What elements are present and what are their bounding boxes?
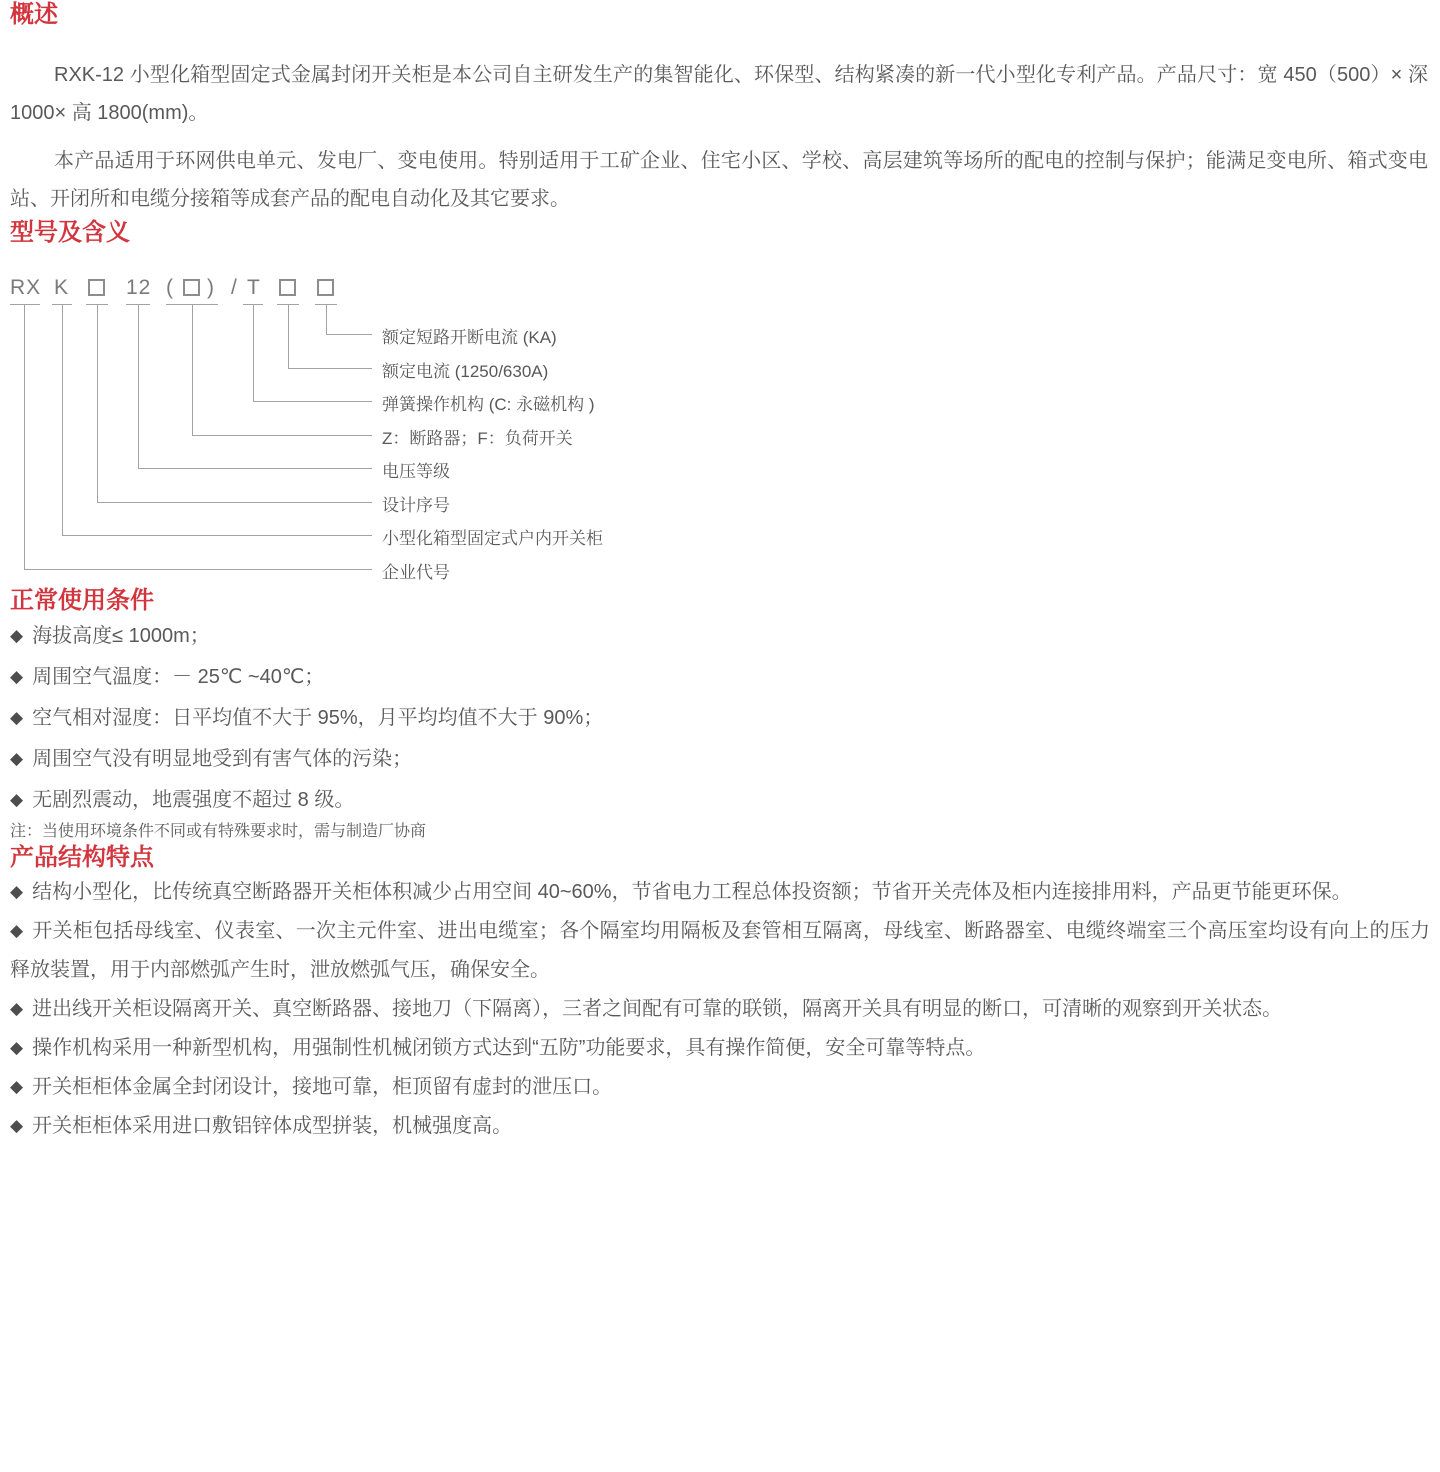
diamond-bullet-icon: ◆ — [10, 708, 23, 727]
connector-line — [62, 535, 372, 536]
connector-line — [192, 304, 193, 435]
diamond-bullet-icon: ◆ — [10, 667, 23, 686]
model-label-voltage-class: 电压等级 — [382, 457, 450, 482]
section-conditions: 正常使用条件 ◆海拔高度≤ 1000m； ◆周围空气温度：－ 25℃ ~40℃；… — [0, 586, 1440, 843]
feature-text: 结构小型化，比传统真空断路器开关柜体积减少占用空间 40~60%，节省电力工程总… — [32, 881, 1352, 903]
placeholder-box-3 — [279, 279, 296, 296]
feature-text: 开关柜柜体采用进口敷铝锌体成型拼装，机械强度高。 — [32, 1115, 512, 1137]
conditions-list: ◆海拔高度≤ 1000m； ◆周围空气温度：－ 25℃ ~40℃； ◆空气相对湿… — [0, 616, 1440, 821]
list-item: ◆操作机构采用一种新型机构，用强制性机械闭锁方式达到“五防”功能要求，具有操作简… — [10, 1029, 1430, 1068]
list-item: ◆空气相对湿度：日平均值不大于 95%，月平均均值不大于 90%； — [10, 698, 1430, 739]
features-heading: 产品结构特点 — [10, 843, 1440, 873]
connector-line — [62, 304, 63, 535]
connector-line — [288, 304, 289, 368]
connector-line — [97, 304, 98, 502]
section-model: 型号及含义 RX K 12 ( ) / T — [0, 218, 1440, 586]
condition-text: 空气相对湿度：日平均值不大于 95%，月平均均值不大于 90%； — [32, 707, 603, 729]
model-label-design-serial: 设计序号 — [382, 491, 450, 516]
condition-text: 无剧烈震动，地震强度不超过 8 级。 — [32, 789, 354, 811]
connector-line — [24, 569, 372, 570]
connector-line — [138, 304, 139, 468]
connector-line — [253, 401, 372, 402]
code-token-close-paren: ) — [207, 276, 215, 300]
list-item: ◆无剧烈震动，地震强度不超过 8 级。 — [10, 780, 1430, 821]
condition-text: 周围空气温度：－ 25℃ ~40℃； — [32, 666, 324, 688]
list-item: ◆进出线开关柜设隔离开关、真空断路器、接地刀（下隔离），三者之间配有可靠的联锁，… — [10, 990, 1430, 1029]
model-label-rated-current: 额定电流 (1250/630A) — [382, 357, 548, 382]
code-token-rx: RX — [10, 276, 41, 300]
model-heading: 型号及含义 — [10, 218, 1440, 248]
model-label-breaking-current: 额定短路开断电流 (KA) — [382, 323, 557, 348]
connector-line — [326, 304, 327, 334]
feature-text: 进出线开关柜设隔离开关、真空断路器、接地刀（下隔离），三者之间配有可靠的联锁，隔… — [32, 998, 1282, 1020]
model-label-breaker-type: Z：断路器；F：负荷开关 — [382, 424, 573, 449]
connector-line — [192, 435, 372, 436]
diamond-bullet-icon: ◆ — [10, 790, 23, 809]
list-item: ◆开关柜柜体采用进口敷铝锌体成型拼装，机械强度高。 — [10, 1107, 1430, 1146]
section-features: 产品结构特点 ◆结构小型化，比传统真空断路器开关柜体积减少占用空间 40~60%… — [0, 843, 1440, 1146]
code-token-slash: / — [231, 276, 238, 300]
connector-line — [24, 304, 25, 569]
overview-paragraph-2: 本产品适用于环网供电单元、发电厂、变电使用。特别适用于工矿企业、住宅小区、学校、… — [10, 142, 1428, 218]
placeholder-box-1 — [88, 279, 105, 296]
conditions-heading: 正常使用条件 — [10, 586, 1440, 616]
model-label-cabinet-type: 小型化箱型固定式户内开关柜 — [382, 524, 603, 549]
feature-text: 操作机构采用一种新型机构，用强制性机械闭锁方式达到“五防”功能要求，具有操作简便… — [32, 1037, 985, 1059]
feature-text: 开关柜包括母线室、仪表室、一次主元件室、进出电缆室；各个隔室均用隔板及套管相互隔… — [10, 920, 1430, 981]
diamond-bullet-icon: ◆ — [10, 626, 23, 645]
code-token-t: T — [247, 276, 261, 300]
feature-text: 开关柜柜体金属全封闭设计，接地可靠，柜顶留有虚封的泄压口。 — [32, 1076, 612, 1098]
list-item: ◆开关柜柜体金属全封闭设计，接地可靠，柜顶留有虚封的泄压口。 — [10, 1068, 1430, 1107]
overview-paragraph-1: RXK-12 小型化箱型固定式金属封闭开关柜是本公司自主研发生产的集智能化、环保… — [10, 56, 1428, 132]
diamond-bullet-icon: ◆ — [10, 999, 23, 1018]
condition-text: 海拔高度≤ 1000m； — [32, 625, 210, 647]
diamond-bullet-icon: ◆ — [10, 1116, 23, 1135]
document-page: 概述 RXK-12 小型化箱型固定式金属封闭开关柜是本公司自主研发生产的集智能化… — [0, 0, 1440, 1472]
diamond-bullet-icon: ◆ — [10, 882, 23, 901]
list-item: ◆周围空气没有明显地受到有害气体的污染； — [10, 739, 1430, 780]
connector-line — [97, 502, 372, 503]
model-label-mechanism: 弹簧操作机构 (C: 永磁机构 ) — [382, 390, 595, 415]
diamond-bullet-icon: ◆ — [10, 921, 23, 940]
list-item: ◆海拔高度≤ 1000m； — [10, 616, 1430, 657]
list-item: ◆周围空气温度：－ 25℃ ~40℃； — [10, 657, 1430, 698]
connector-line — [253, 304, 254, 401]
diamond-bullet-icon: ◆ — [10, 749, 23, 768]
condition-text: 周围空气没有明显地受到有害气体的污染； — [32, 748, 412, 770]
section-overview: 概述 RXK-12 小型化箱型固定式金属封闭开关柜是本公司自主研发生产的集智能化… — [0, 0, 1440, 218]
placeholder-box-2 — [183, 279, 200, 296]
connector-line — [326, 334, 372, 335]
features-list: ◆结构小型化，比传统真空断路器开关柜体积减少占用空间 40~60%，节省电力工程… — [0, 873, 1440, 1146]
conditions-note: 注：当使用环境条件不同或有特殊要求时，需与制造厂协商 — [10, 821, 1440, 843]
connector-line — [288, 368, 372, 369]
code-token-open-paren: ( — [166, 276, 174, 300]
list-item: ◆开关柜包括母线室、仪表室、一次主元件室、进出电缆室；各个隔室均用隔板及套管相互… — [10, 912, 1430, 990]
diamond-bullet-icon: ◆ — [10, 1038, 23, 1057]
overview-heading: 概述 — [10, 0, 1440, 30]
diamond-bullet-icon: ◆ — [10, 1077, 23, 1096]
connector-line — [138, 468, 372, 469]
code-underline — [10, 304, 40, 305]
placeholder-box-4 — [317, 279, 334, 296]
model-label-company-code: 企业代号 — [382, 558, 450, 583]
code-token-k: K — [54, 276, 69, 300]
model-code-diagram: RX K 12 ( ) / T — [10, 274, 930, 586]
code-token-12: 12 — [126, 276, 151, 300]
list-item: ◆结构小型化，比传统真空断路器开关柜体积减少占用空间 40~60%，节省电力工程… — [10, 873, 1430, 912]
